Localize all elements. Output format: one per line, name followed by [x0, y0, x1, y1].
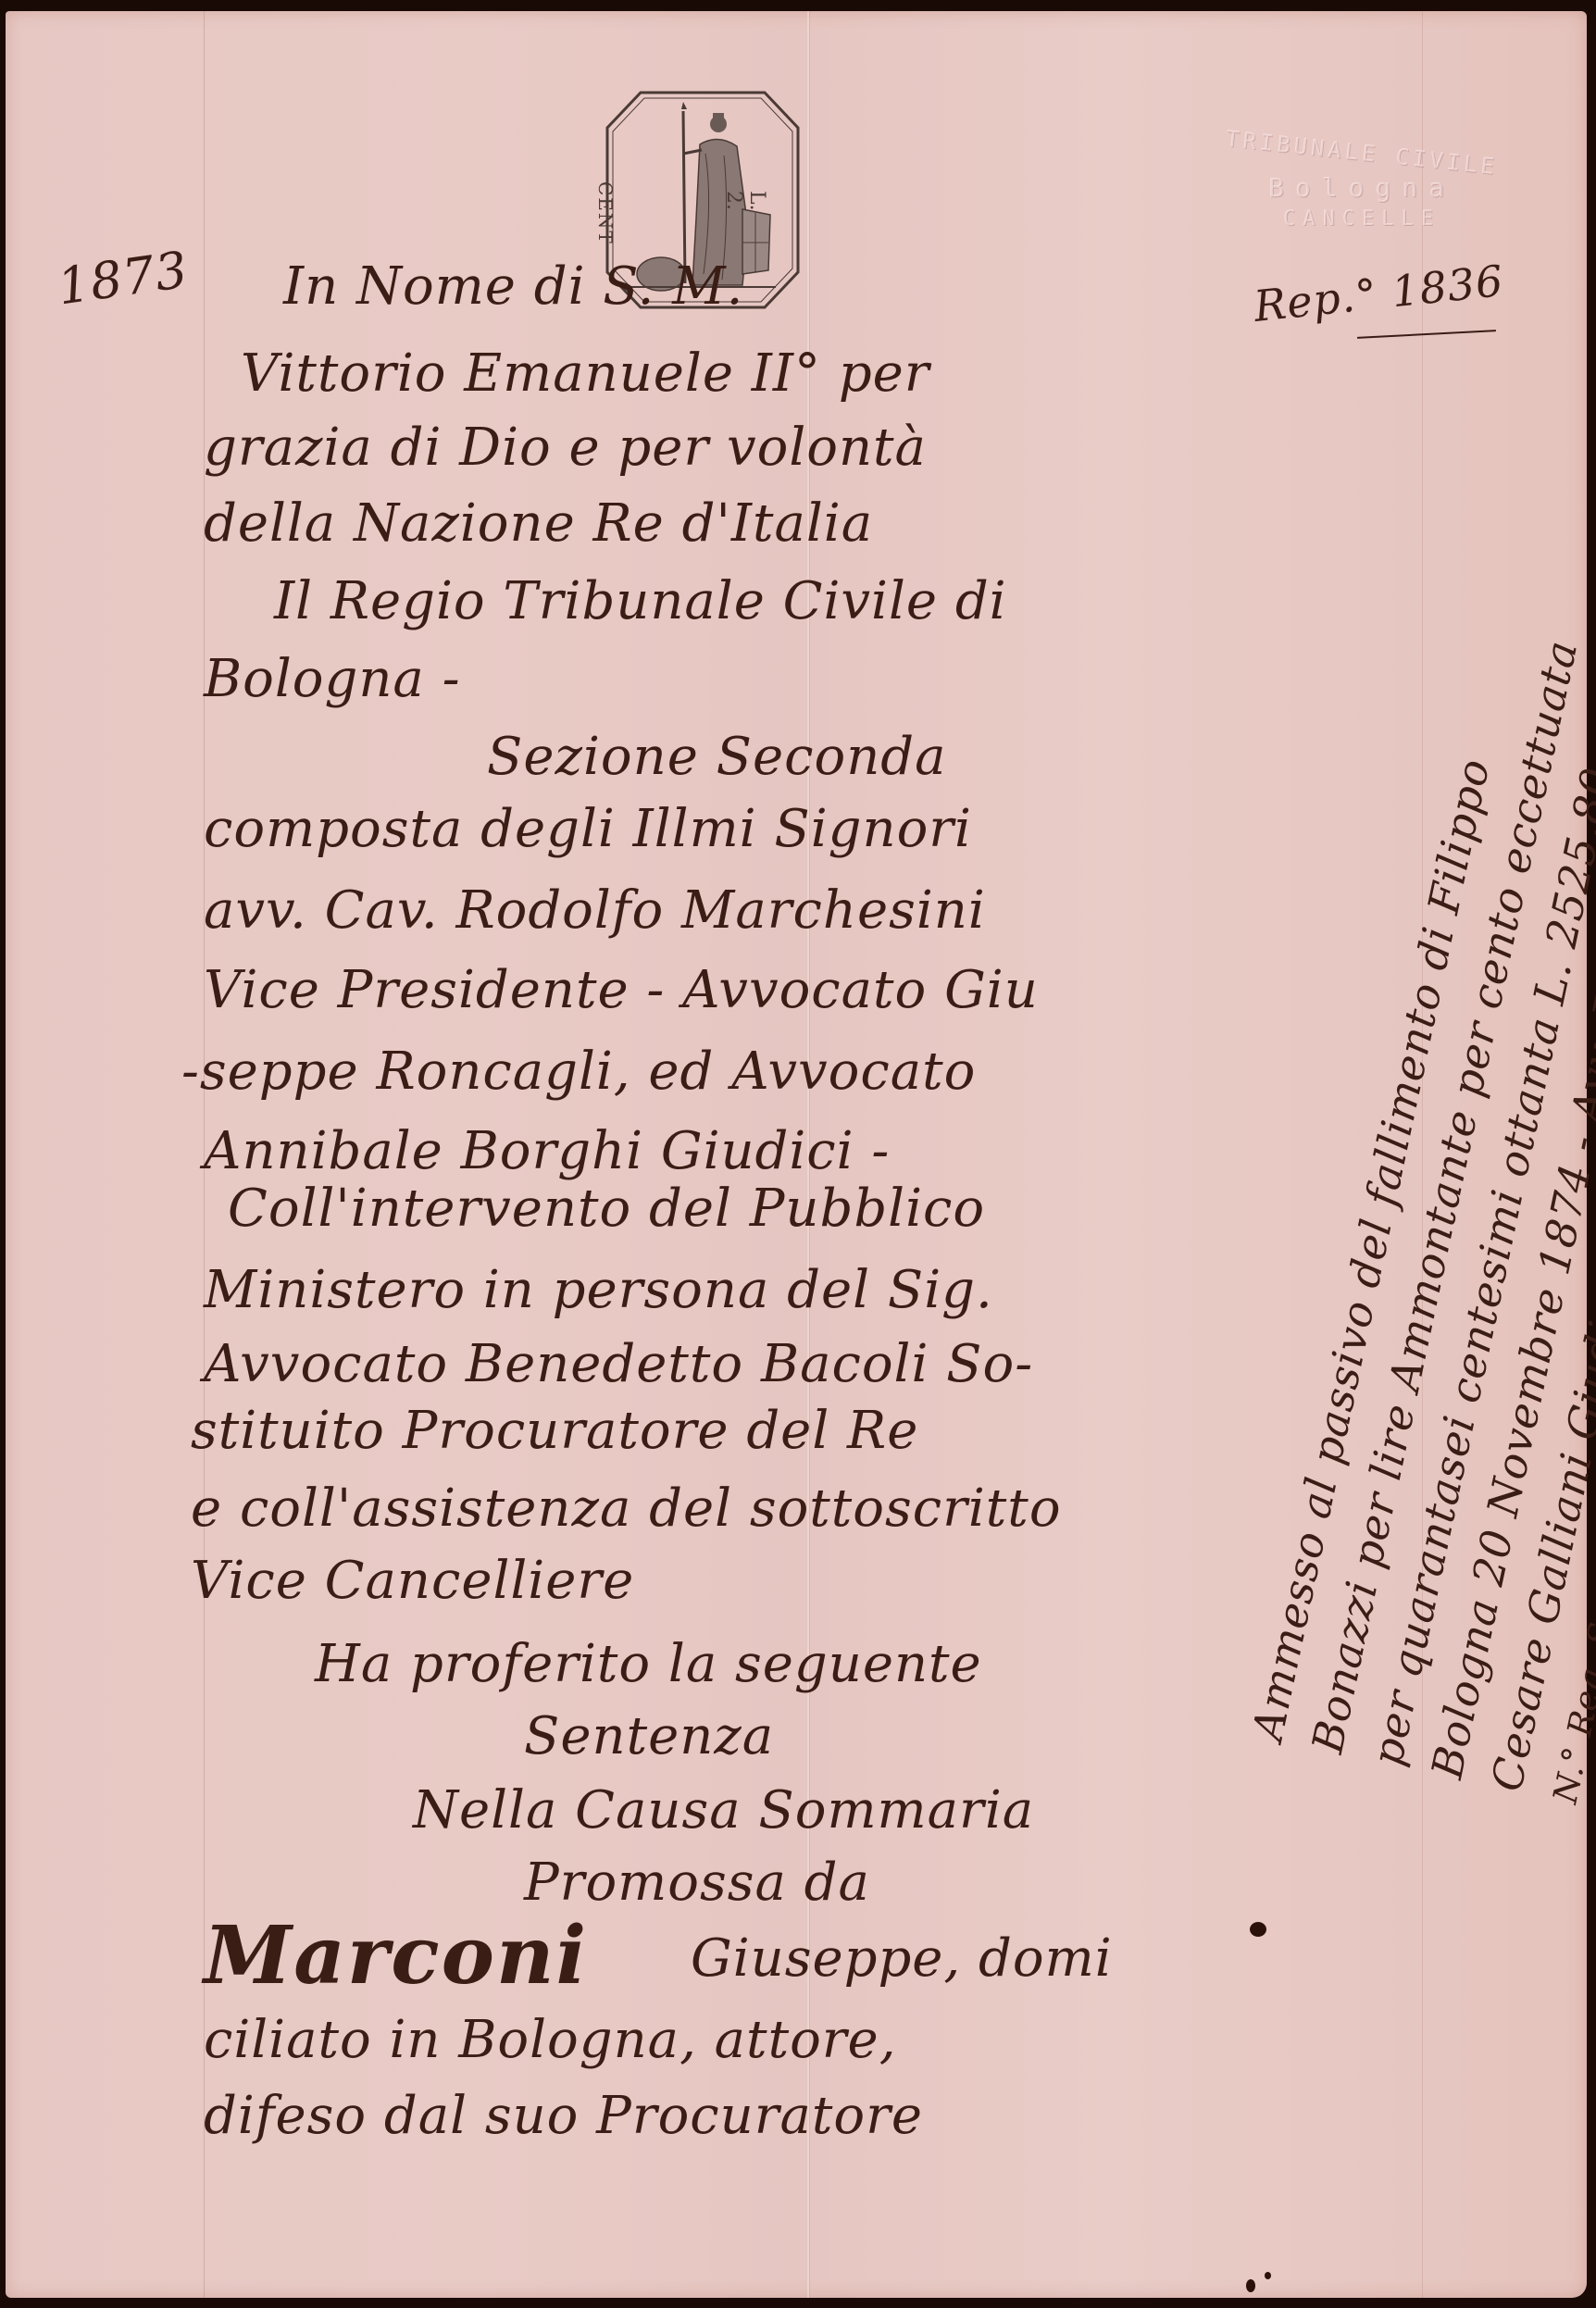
body-line-17: e coll'assistenza del sottoscritto	[191, 1483, 1062, 1535]
body-line-9: avv. Cav. Rodolfo Marchesini	[204, 885, 986, 937]
body-line-2: Vittorio Emanuele II° per	[241, 348, 930, 400]
body-line-7: Sezione Seconda	[487, 731, 947, 783]
body-line-1: In Nome di S. M.	[283, 261, 743, 313]
registry-underline	[1357, 330, 1496, 339]
body-line-25: ciliato in Bologna, attore,	[204, 2015, 897, 2066]
body-line-10: Vice Presidente - Avvocato Giu	[204, 965, 1039, 1017]
body-line-12: Annibale Borghi Giudici -	[204, 1126, 890, 1178]
seal-line-3: CANCELLE	[1209, 208, 1515, 231]
body-line-3: grazia di Dio e per volontà	[204, 422, 927, 474]
body-line-14: Ministero in persona del Sig.	[204, 1265, 993, 1316]
ink-blot	[1246, 2279, 1255, 2292]
body-line-16: stituito Procuratore del Re	[191, 1405, 918, 1457]
party-name-marconi: Marconi	[204, 1909, 588, 2002]
body-line-8: composta degli Illmi Signori	[204, 804, 972, 855]
body-line-22: Promossa da	[524, 1857, 870, 1909]
body-line-6: Bologna -	[204, 654, 461, 705]
stamp-left-text: CENT	[594, 181, 617, 245]
body-line-13: Coll'intervento del Pubblico	[228, 1183, 985, 1235]
year-marginal: 1873	[55, 244, 192, 312]
body-line-4: della Nazione Re d'Italia	[204, 498, 873, 550]
seal-line-2: Bologna	[1209, 174, 1515, 203]
body-line-24: Giuseppe, domi	[691, 1933, 1113, 1985]
body-line-18: Vice Cancelliere	[191, 1555, 634, 1607]
body-line-5: Il Regio Tribunale Civile di	[274, 576, 1007, 628]
stamp-value: L. 2.	[722, 191, 768, 224]
marginal-annotation: Ammesso al passivo del fallimento di Fil…	[1237, 665, 1596, 1806]
body-line-21: Nella Causa Sommaria	[413, 1785, 1034, 1837]
body-line-11: -seppe Roncagli, ed Avvocato	[181, 1046, 976, 1098]
body-line-26: difeso dal suo Procuratore	[204, 2090, 923, 2142]
ink-blot	[1265, 2272, 1271, 2279]
document-page: CENT L. 2. TRIBUNALE CIVILE Bologna CANC…	[6, 11, 1587, 2298]
ink-blot	[1250, 1922, 1266, 1937]
body-line-15: Avvocato Benedetto Bacoli So-	[204, 1339, 1033, 1391]
body-line-19: Ha proferito la seguente	[315, 1639, 982, 1690]
body-line-20: Sentenza	[524, 1711, 774, 1763]
